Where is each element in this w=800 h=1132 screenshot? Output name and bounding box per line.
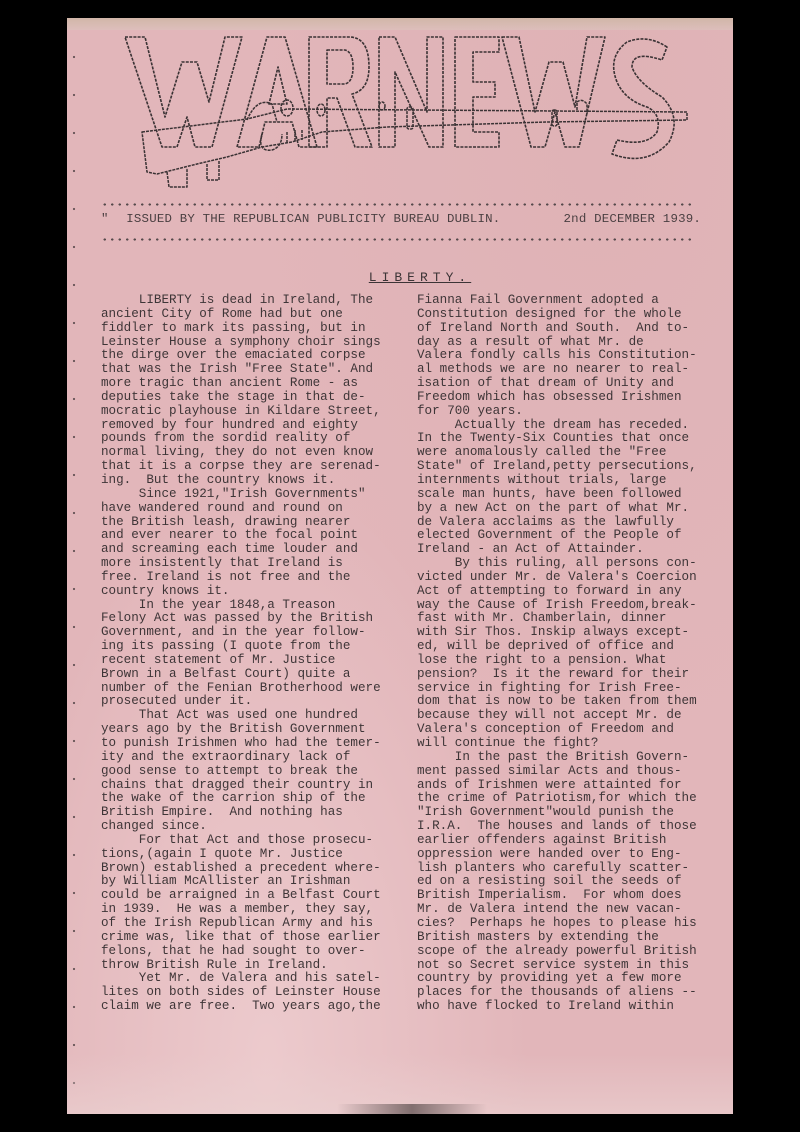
- article-line: could be arraigned in a Belfast Court: [101, 889, 381, 903]
- issue-line: " ISSUED BY THE REPUBLICAN PUBLICITY BUR…: [101, 212, 701, 226]
- article-line: Government, and in the year follow-: [101, 626, 381, 640]
- article-line: of the Irish Republican Army and his: [101, 917, 381, 931]
- article-line: will continue the fight?: [417, 737, 697, 751]
- article-line: deputies take the stage in that de-: [101, 391, 381, 405]
- article-line: the dirge over the emaciated corpse: [101, 349, 381, 363]
- paper-wear: [67, 1054, 733, 1114]
- article-line: ing its passing (I quote from the: [101, 640, 381, 654]
- article-line: ed, will be deprived of office and: [417, 640, 697, 654]
- article-line: and screaming each time louder and: [101, 543, 381, 557]
- article-line: that was the Irish "Free State". And: [101, 363, 381, 377]
- article-line: British masters by extending the: [417, 931, 697, 945]
- article-line: years ago by the British Government: [101, 723, 381, 737]
- article-line: Ireland - an Act of Attainder.: [417, 543, 697, 557]
- article-line: way the Cause of Irish Freedom,break-: [417, 599, 697, 613]
- article-line: not so Secret service system in this: [417, 959, 697, 973]
- article-line: Valera's conception of Freedom and: [417, 723, 697, 737]
- margin-perforations: [71, 38, 77, 1088]
- article-line: Since 1921,"Irish Governments": [101, 488, 381, 502]
- article-line: of Ireland North and South. And to-: [417, 322, 697, 336]
- article-line: fast with Mr. Chamberlain, dinner: [417, 612, 697, 626]
- article-line: fiddler to mark its passing, but in: [101, 322, 381, 336]
- article-line: ity and the extraordinary lack of: [101, 751, 381, 765]
- article-line: by a new Act on the part of what Mr.: [417, 502, 697, 516]
- article-line: pounds from the sordid reality of: [101, 432, 381, 446]
- article-line: were anomalously called the "Free: [417, 446, 697, 460]
- article-line: changed since.: [101, 820, 381, 834]
- article-line: places for the thousands of aliens --: [417, 986, 697, 1000]
- article-line: al methods we are no nearer to real-: [417, 363, 697, 377]
- article-line: who have flocked to Ireland within: [417, 1000, 697, 1014]
- article-line: British Imperialism. For whom does: [417, 889, 697, 903]
- issue-date: 2nd DECEMBER 1939.: [564, 212, 701, 226]
- article-line: that it is a corpse they are serenad-: [101, 460, 381, 474]
- article-line: I.R.A. The houses and lands of those: [417, 820, 697, 834]
- article-line: Mr. de Valera intend the new vacan-: [417, 903, 697, 917]
- article-line: dom that is now to be taken from them: [417, 695, 697, 709]
- article-line: more tragic than ancient Rome - as: [101, 377, 381, 391]
- article-line: chains that dragged their country in: [101, 779, 381, 793]
- article-line: have wandered round and round on: [101, 502, 381, 516]
- article-line: free. Ireland is not free and the: [101, 571, 381, 585]
- article-line: elected Government of the People of: [417, 529, 697, 543]
- article-line: Act of attempting to forward in any: [417, 585, 697, 599]
- article-line: Actually the dream has receded.: [417, 419, 697, 433]
- article-line: Freedom which has obsessed Irishmen: [417, 391, 697, 405]
- article-line: In the year 1848,a Treason: [101, 599, 381, 613]
- article-line: felons, that he had sought to over-: [101, 945, 381, 959]
- issued-by: ISSUED BY THE REPUBLICAN PUBLICITY BUREA…: [126, 212, 500, 226]
- article-line: Leinster House a symphony choir sings: [101, 336, 381, 350]
- article-line: crime was, like that of those earlier: [101, 931, 381, 945]
- article-line: by William McAllister an Irishman: [101, 875, 381, 889]
- article-line: In the past the British Govern-: [417, 751, 697, 765]
- article-line: LIBERTY is dead in Ireland, The: [101, 294, 381, 308]
- article-line: isation of that dream of Unity and: [417, 377, 697, 391]
- article-line: scale man hunts, have been followed: [417, 488, 697, 502]
- masthead: [87, 22, 727, 202]
- article-line: in 1939. He was a member, they say,: [101, 903, 381, 917]
- article-line: mocratic playhouse in Kildare Street,: [101, 405, 381, 419]
- article-line: oppression were handed over to Eng-: [417, 848, 697, 862]
- article-line: prosecuted under it.: [101, 695, 381, 709]
- article-line: That Act was used one hundred: [101, 709, 381, 723]
- article-line: country knows it.: [101, 585, 381, 599]
- article-line: In the Twenty-Six Counties that once: [417, 432, 697, 446]
- dotted-rule-top: [101, 203, 691, 206]
- article-line: Brown in a Belfast Court) quite a: [101, 668, 381, 682]
- article-line: For that Act and those prosecu-: [101, 834, 381, 848]
- article-line: ed on a resisting soil the seeds of: [417, 875, 697, 889]
- article-line: because they will not accept Mr. de: [417, 709, 697, 723]
- article-line: ancient City of Rome had but one: [101, 308, 381, 322]
- article-line: ing. But the country knows it.: [101, 474, 381, 488]
- article-line: ands of Irishmen were attainted for: [417, 779, 697, 793]
- article-line: claim we are free. Two years ago,the: [101, 1000, 381, 1014]
- article-line: victed under Mr. de Valera's Coercion: [417, 571, 697, 585]
- article-line: pension? Is it the reward for their: [417, 668, 697, 682]
- article-line: with Sir Thos. Inskip always except-: [417, 626, 697, 640]
- article-line: "Irish Government"would punish the: [417, 806, 697, 820]
- article-line: tions,(again I quote Mr. Justice: [101, 848, 381, 862]
- dotted-rule-bottom: [101, 238, 691, 241]
- article-line: internments without trials, large: [417, 474, 697, 488]
- article-line: Brown) established a precedent where-: [101, 862, 381, 876]
- war-news-title-rifle-illustration: [87, 22, 727, 202]
- article-line: good sense to attempt to break the: [101, 765, 381, 779]
- article-line: lose the right to a pension. What: [417, 654, 697, 668]
- article-line: By this ruling, all persons con-: [417, 557, 697, 571]
- article-line: for 700 years.: [417, 405, 697, 419]
- article-column-left: LIBERTY is dead in Ireland, Theancient C…: [101, 294, 381, 1014]
- article-line: lish planters who carefully scatter-: [417, 862, 697, 876]
- article-line: cies? Perhaps he hopes to please his: [417, 917, 697, 931]
- article-line: service in fighting for Irish Free-: [417, 682, 697, 696]
- article-line: country by providing yet a few more: [417, 972, 697, 986]
- article-line: the crime of Patriotism,for which the: [417, 792, 697, 806]
- article-line: Fianna Fail Government adopted a: [417, 294, 697, 308]
- article-line: to punish Irishmen who had the temer-: [101, 737, 381, 751]
- article-line: and ever nearer to the focal point: [101, 529, 381, 543]
- article-line: de Valera acclaims as the lawfully: [417, 516, 697, 530]
- article-line: number of the Fenian Brotherhood were: [101, 682, 381, 696]
- issue-mark: ": [101, 212, 109, 226]
- article-line: lites on both sides of Leinster House: [101, 986, 381, 1000]
- article-line: earlier offenders against British: [417, 834, 697, 848]
- article-line: Felony Act was passed by the British: [101, 612, 381, 626]
- article-line: ment passed similar Acts and thous-: [417, 765, 697, 779]
- article-line: Valera fondly calls his Constitution-: [417, 349, 697, 363]
- article-line: recent statement of Mr. Justice: [101, 654, 381, 668]
- article-line: scope of the already powerful British: [417, 945, 697, 959]
- article-line: removed by four hundred and eighty: [101, 419, 381, 433]
- newsletter-page: " ISSUED BY THE REPUBLICAN PUBLICITY BUR…: [67, 18, 733, 1114]
- article-line: Yet Mr. de Valera and his satel-: [101, 972, 381, 986]
- article-line: day as a result of what Mr. de: [417, 336, 697, 350]
- article-line: the British leash, drawing nearer: [101, 516, 381, 530]
- article-headline: LIBERTY.: [67, 270, 733, 285]
- article-line: State" of Ireland,petty persecutions,: [417, 460, 697, 474]
- article-line: more insistently that Ireland is: [101, 557, 381, 571]
- article-line: normal living, they do not even know: [101, 446, 381, 460]
- article-line: throw British Rule in Ireland.: [101, 959, 381, 973]
- article-line: British Empire. And nothing has: [101, 806, 381, 820]
- article-line: Constitution designed for the whole: [417, 308, 697, 322]
- article-column-right: Fianna Fail Government adopted aConstitu…: [417, 294, 697, 1014]
- article-line: the wake of the carrion ship of the: [101, 792, 381, 806]
